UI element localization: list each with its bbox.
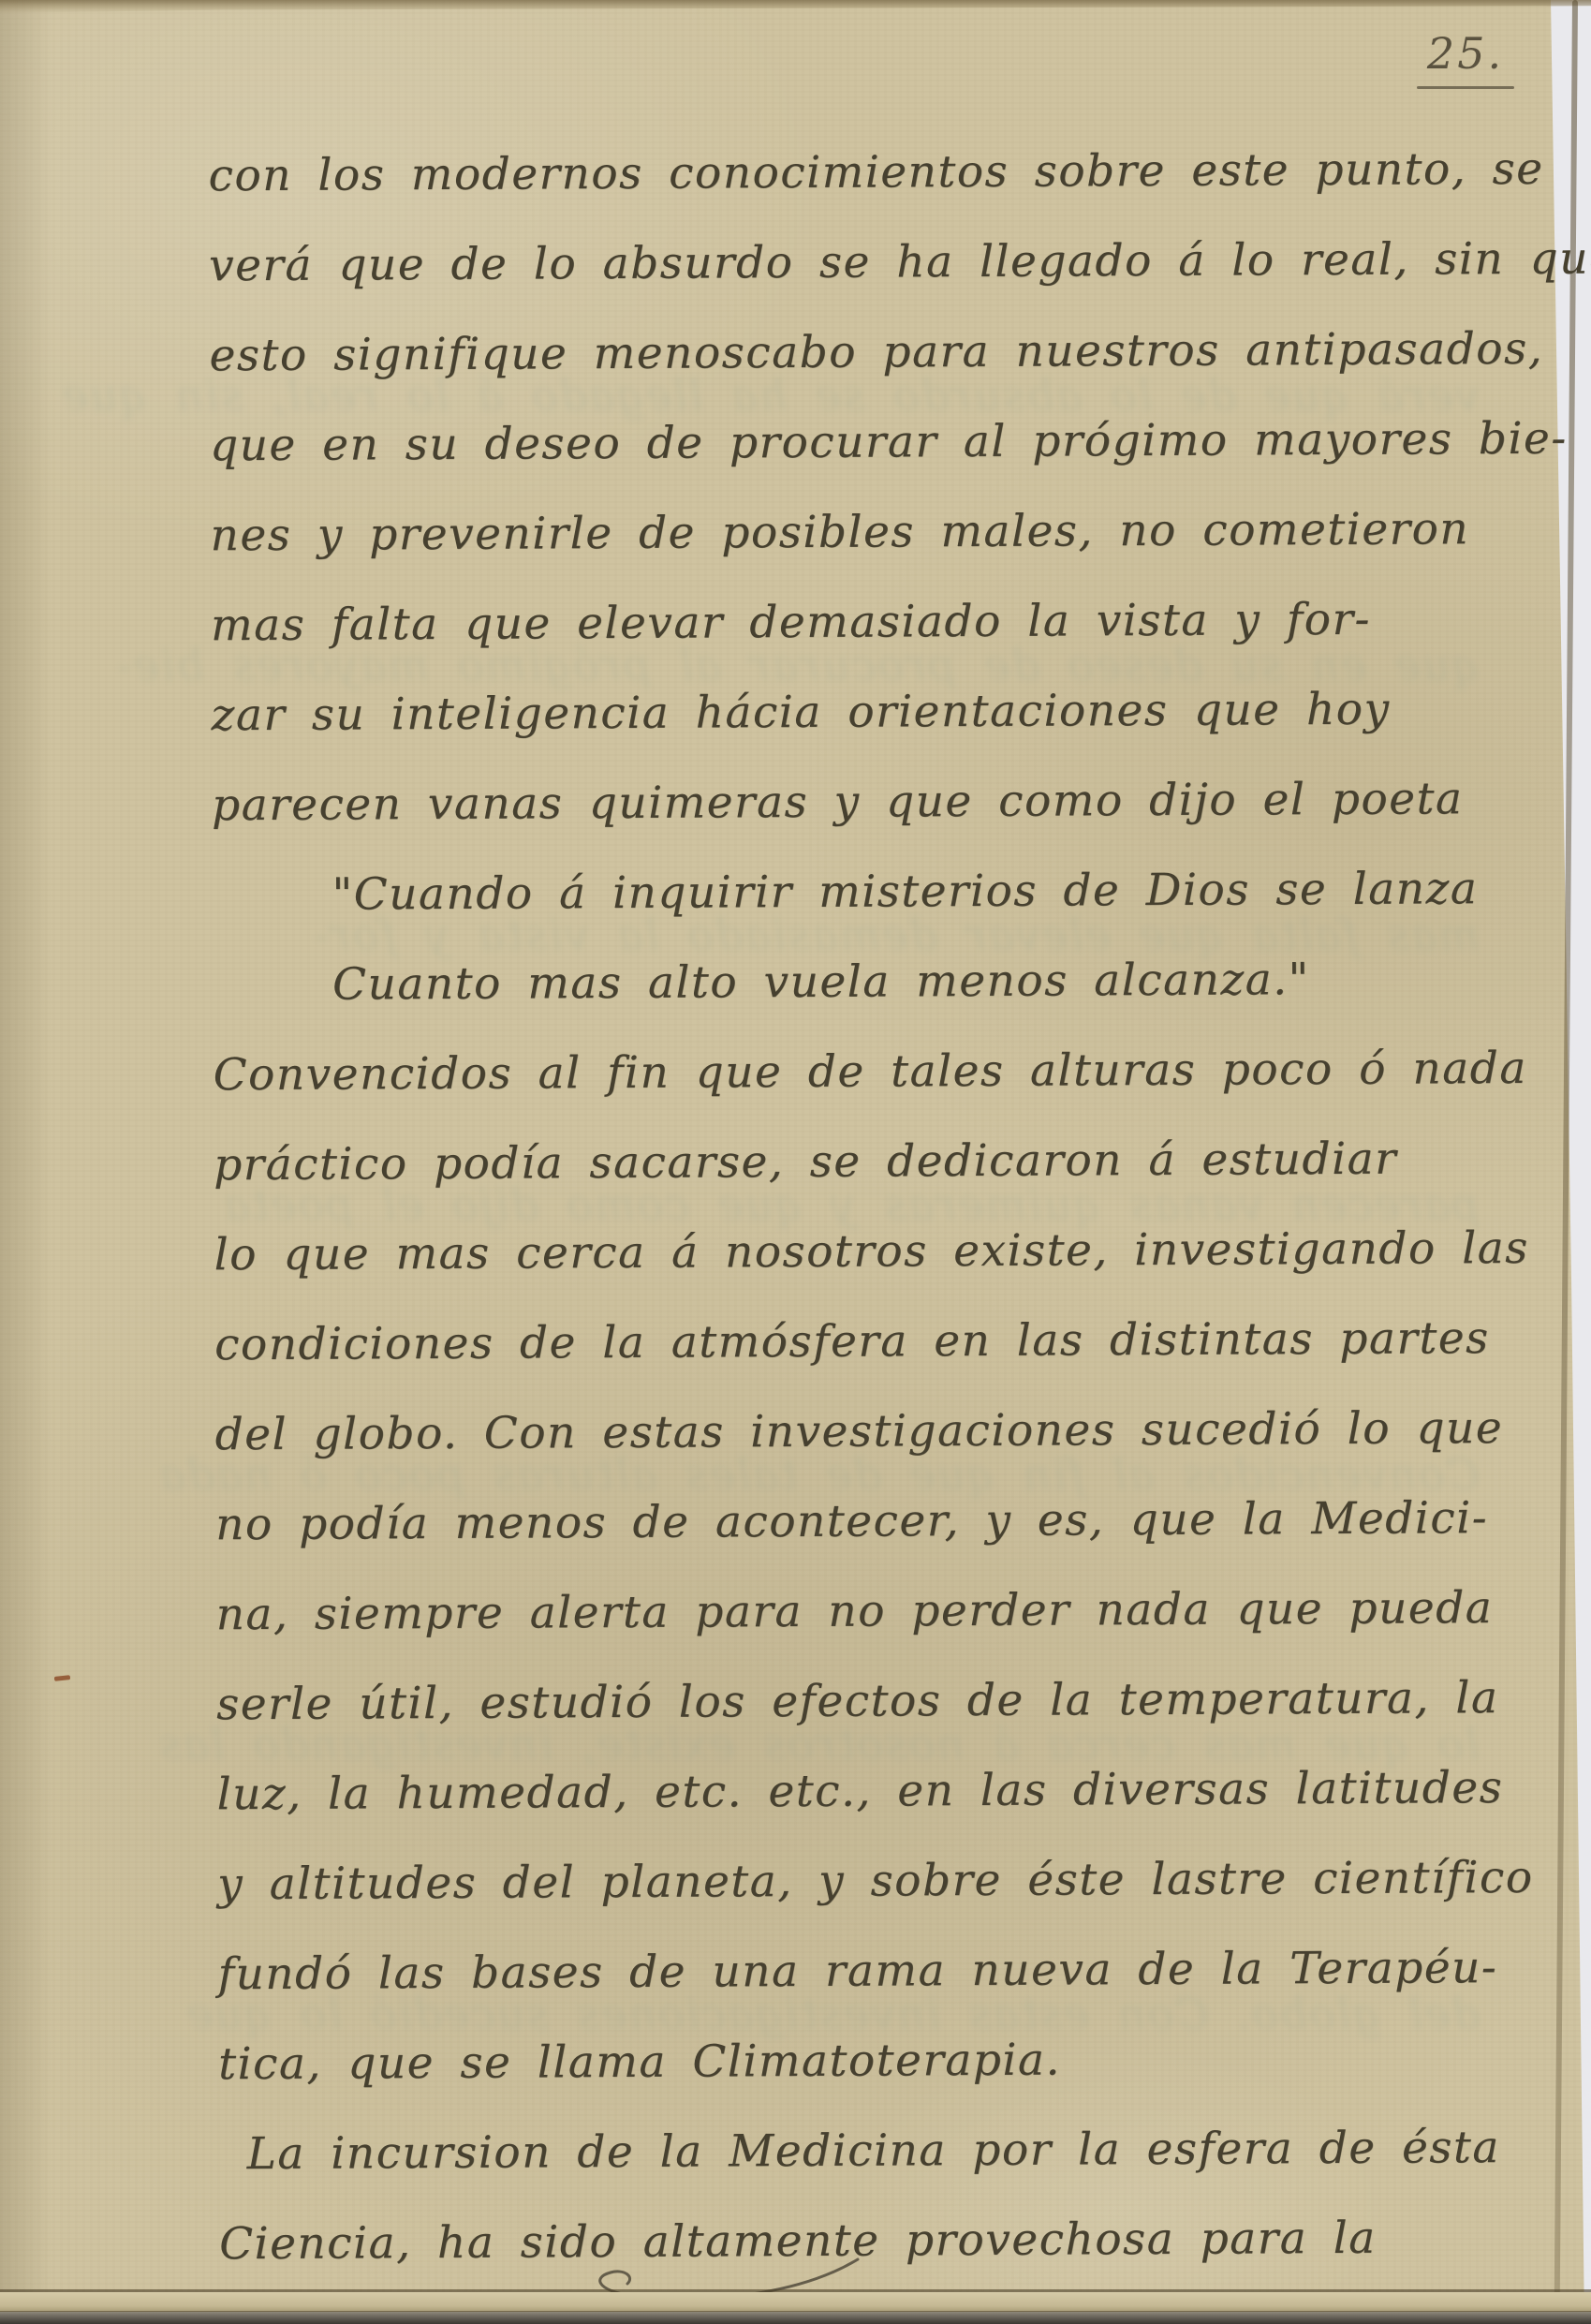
- manuscript-line: lo que mas cerca á nosotros existe, inve…: [214, 1204, 1479, 1300]
- manuscript-text-block: con los modernos conocimientos sobre est…: [0, 0, 1591, 2290]
- manuscript-line: fundó las bases de una rama nueva de la …: [217, 1923, 1482, 2020]
- manuscript-line: con los modernos conocimientos sobre est…: [208, 125, 1473, 221]
- manuscript-verse-line: Cuanto mas alto vuela menos alcanza.": [332, 934, 1478, 1029]
- manuscript-line: condiciones de la atmósfera en las disti…: [214, 1294, 1480, 1390]
- manuscript-line: luz, la humedad, etc. etc., en las diver…: [216, 1743, 1481, 1840]
- manuscript-line: serle útil, estudió los efectos de la te…: [216, 1653, 1481, 1750]
- bottom-shadow: [0, 2312, 1591, 2324]
- manuscript-scan: verá que de lo absurdo se ha llegado á l…: [0, 0, 1591, 2324]
- manuscript-line: zar su inteligencia hácia orientaciones …: [211, 664, 1476, 761]
- manuscript-line: que en su deseo de procurar al prógimo m…: [210, 394, 1475, 491]
- manuscript-line: tica, que se llama Climatoterapia.: [218, 2013, 1483, 2109]
- manuscript-line: y altitudes del planeta, y sobre éste la…: [217, 1833, 1482, 1930]
- manuscript-line: no podía menos de acontecer, y es, que l…: [215, 1473, 1481, 1570]
- manuscript-line: Convencidos al fin que de tales alturas …: [213, 1024, 1478, 1120]
- manuscript-line: La incursion de la Medicina por la esfer…: [246, 2103, 1483, 2199]
- manuscript-line: mas falta que elevar demasiado la vista …: [211, 574, 1476, 671]
- manuscript-verse-line: "Cuando á inquirir misterios de Dios se …: [331, 844, 1477, 940]
- manuscript-line: esto signifique menoscabo para nuestros …: [209, 304, 1474, 401]
- manuscript-line: nes y prevenirle de posibles males, no c…: [210, 484, 1475, 581]
- manuscript-line: del globo. Con estas investigaciones suc…: [214, 1384, 1480, 1480]
- sheet-below-edge: [0, 2292, 1591, 2312]
- manuscript-line: verá que de lo absurdo se ha llegado á l…: [209, 215, 1474, 311]
- manuscript-line: na, siempre alerta para no perder nada q…: [215, 1563, 1481, 1660]
- manuscript-line: práctico podía sacarse, se dedicaron á e…: [214, 1114, 1479, 1210]
- manuscript-line: parecen vanas quimeras y que como dijo e…: [212, 754, 1477, 851]
